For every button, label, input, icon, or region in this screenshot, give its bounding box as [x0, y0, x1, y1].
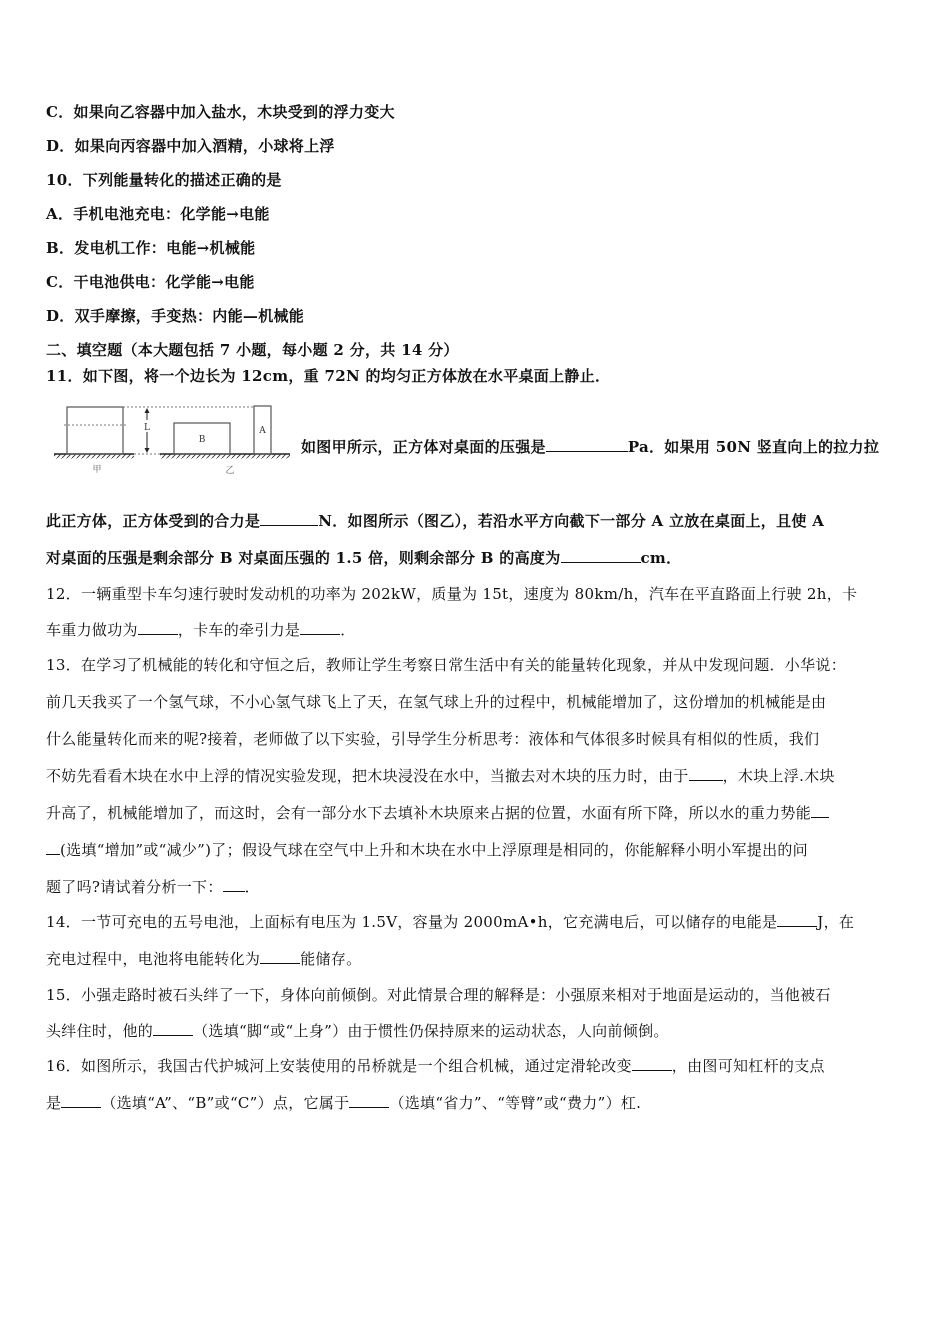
q13-line5-text: 升高了，机械能增加了，而这时，会有一部分水下去填补木块原来占据的位置，水面有所下… — [46, 804, 811, 822]
q11-line3: 对桌面的压强是剩余部分 B 对桌面压强的 1.5 倍，则剩余部分 B 的高度为c… — [46, 548, 681, 568]
q14-line1: 14．一节可充电的五号电池，上面标有电压为 1.5V，容量为 2000mA•h，… — [46, 912, 854, 932]
q14-line2: 充电过程中，电池将电能转化为能储存。 — [46, 949, 361, 969]
q16-blank-lever-type[interactable] — [349, 1093, 389, 1108]
q14-line2-text-b: 能储存。 — [300, 950, 361, 968]
q11-figure-cube-diagram: L B A 甲 乙 — [52, 398, 292, 478]
q11-line2-text-a: 此正方体，正方体受到的合力是 — [46, 512, 260, 530]
q10-option-d: D．双手摩擦，手变热：内能—机械能 — [46, 306, 304, 326]
q14-blank-energy[interactable] — [777, 912, 817, 927]
q11-blank-height[interactable] — [561, 548, 641, 563]
svg-text:A: A — [258, 426, 266, 436]
svg-text:乙: 乙 — [225, 465, 234, 476]
svg-text:L: L — [144, 423, 150, 433]
q11-line3-text-b: cm． — [641, 549, 682, 567]
q13-line7: 题了吗?请试着分析一下：． — [46, 877, 260, 897]
q11-blank-pressure[interactable] — [546, 437, 628, 452]
q13-blank-reason[interactable] — [689, 766, 723, 781]
q13-line5: 升高了，机械能增加了，而这时，会有一部分水下去填补木块原来占据的位置，水面有所下… — [46, 803, 829, 823]
q11-line1: 如图甲所示，正方体对桌面的压强是Pa．如果用 50N 竖直向上的拉力拉 — [301, 437, 879, 457]
q13-line6-text: (选填“增加”或“减少”)了；假设气球在空气中上升和木块在水中上浮原理是相同的，… — [60, 841, 808, 859]
q13-line4-text-a: 不妨先看看木块在水中上浮的情况实验发现，把木块浸没在水中，当撤去对木块的压力时，… — [46, 767, 689, 785]
q13-blank-potential-energy-part1[interactable] — [811, 803, 829, 818]
q13-line1: 13．在学习了机械能的转化和守恒之后，教师让学生考察日常生活中有关的能量转化现象… — [46, 655, 846, 675]
section2-heading: 二、填空题（本大题包括 7 小题，每小题 2 分，共 14 分） — [46, 340, 459, 360]
q14-line2-text-a: 充电过程中，电池将电能转化为 — [46, 950, 260, 968]
q12-line2-text-b: ，卡车的牵引力是 — [178, 621, 300, 639]
q16-line2: 是（选填“A”、“B”或“C”）点，它属于（选填“省力”、“等臂”或“费力”）杠… — [46, 1093, 641, 1113]
q12-line1: 12．一辆重型卡车匀速行驶时发动机的功率为 202kW，质量为 15t，速度为 … — [46, 584, 857, 604]
q11-line2: 此正方体，正方体受到的合力是N．如图所示（图乙），若沿水平方向截下一部分 A 立… — [46, 511, 824, 531]
q13-blank-potential-energy-part2[interactable] — [46, 840, 60, 855]
q13-line2: 前几天我买了一个氢气球，不小心氢气球飞上了天，在氢气球上升的过程中，机械能增加了… — [46, 692, 826, 712]
q16-line1-text-a: 16．如图所示，我国古代护城河上安装使用的吊桥就是一个组合机械，通过定滑轮改变 — [46, 1057, 632, 1075]
q15-line2: 头绊住时，他的（选填“脚“或“上身”）由于惯性仍保持原来的运动状态，人向前倾倒。 — [46, 1021, 669, 1041]
q16-blank-fulcrum[interactable] — [61, 1093, 101, 1108]
q12-line2: 车重力做功为，卡车的牵引力是． — [46, 620, 356, 640]
q13-blank-analysis[interactable] — [223, 877, 245, 892]
q11-line3-text-a: 对桌面的压强是剩余部分 B 对桌面压强的 1.5 倍，则剩余部分 B 的高度为 — [46, 549, 561, 567]
q14-line1-text-a: 14．一节可充电的五号电池，上面标有电压为 1.5V，容量为 2000mA•h，… — [46, 913, 777, 931]
q15-line2-text-b: （选填“脚“或“上身”）由于惯性仍保持原来的运动状态，人向前倾倒。 — [193, 1022, 669, 1040]
q16-line2-text-c: （选填“省力”、“等臂”或“费力”）杠. — [389, 1094, 641, 1112]
q12-line2-text-c: ． — [340, 621, 355, 639]
q10-option-b: B．发电机工作：电能→机械能 — [46, 238, 255, 258]
q15-blank-body-part[interactable] — [153, 1021, 193, 1036]
q10-option-a: A．手机电池充电：化学能→电能 — [46, 204, 270, 224]
q15-line1: 15．小强走路时被石头绊了一下，身体向前倾倒。对此情景合理的解释是：小强原来相对… — [46, 985, 831, 1005]
q16-line2-text-a: 是 — [46, 1094, 61, 1112]
q12-blank-gravity-work[interactable] — [138, 620, 178, 635]
q9-option-c: C．如果向乙容器中加入盐水，木块受到的浮力变大 — [46, 102, 395, 122]
q13-line4-text-b: ，木块上浮.木块 — [723, 767, 835, 785]
q11-line1-text-b: Pa．如果用 50N 竖直向上的拉力拉 — [628, 438, 879, 456]
q13-line4: 不妨先看看木块在水中上浮的情况实验发现，把木块浸没在水中，当撤去对木块的压力时，… — [46, 766, 835, 786]
q14-blank-energy-form[interactable] — [260, 949, 300, 964]
q16-line2-text-b: （选填“A”、“B”或“C”）点，它属于 — [101, 1094, 349, 1112]
q16-blank-force-direction[interactable] — [632, 1056, 672, 1071]
q14-line1-text-b: J，在 — [817, 913, 854, 931]
svg-text:B: B — [199, 435, 206, 445]
q12-line2-text-a: 车重力做功为 — [46, 621, 138, 639]
q15-line2-text-a: 头绊住时，他的 — [46, 1022, 153, 1040]
q13-line7-text-b: ． — [245, 878, 260, 896]
q16-line1: 16．如图所示，我国古代护城河上安装使用的吊桥就是一个组合机械，通过定滑轮改变，… — [46, 1056, 825, 1076]
q16-line1-text-b: ，由图可知杠杆的支点 — [672, 1057, 825, 1075]
q11-blank-net-force[interactable] — [260, 511, 318, 526]
q13-line7-text-a: 题了吗?请试着分析一下： — [46, 878, 223, 896]
q11-line1-text-a: 如图甲所示，正方体对桌面的压强是 — [301, 438, 546, 456]
q9-option-d: D．如果向丙容器中加入酒精，小球将上浮 — [46, 136, 335, 156]
q13-line6: (选填“增加”或“减少”)了；假设气球在空气中上升和木块在水中上浮原理是相同的，… — [46, 840, 808, 860]
q11-stem: 11．如下图，将一个边长为 12cm，重 72N 的均匀正方体放在水平桌面上静止… — [46, 366, 610, 386]
q13-line3: 什么能量转化而来的呢?接着，老师做了以下实验，引导学生分析思考：液体和气体很多时… — [46, 729, 819, 749]
q11-line2-text-b: N．如图所示（图乙），若沿水平方向截下一部分 A 立放在桌面上，且使 A — [318, 512, 824, 530]
q12-blank-traction[interactable] — [300, 620, 340, 635]
q10-option-c: C．干电池供电：化学能→电能 — [46, 272, 255, 292]
q10-stem: 10．下列能量转化的描述正确的是 — [46, 170, 282, 190]
svg-text:甲: 甲 — [92, 464, 101, 475]
